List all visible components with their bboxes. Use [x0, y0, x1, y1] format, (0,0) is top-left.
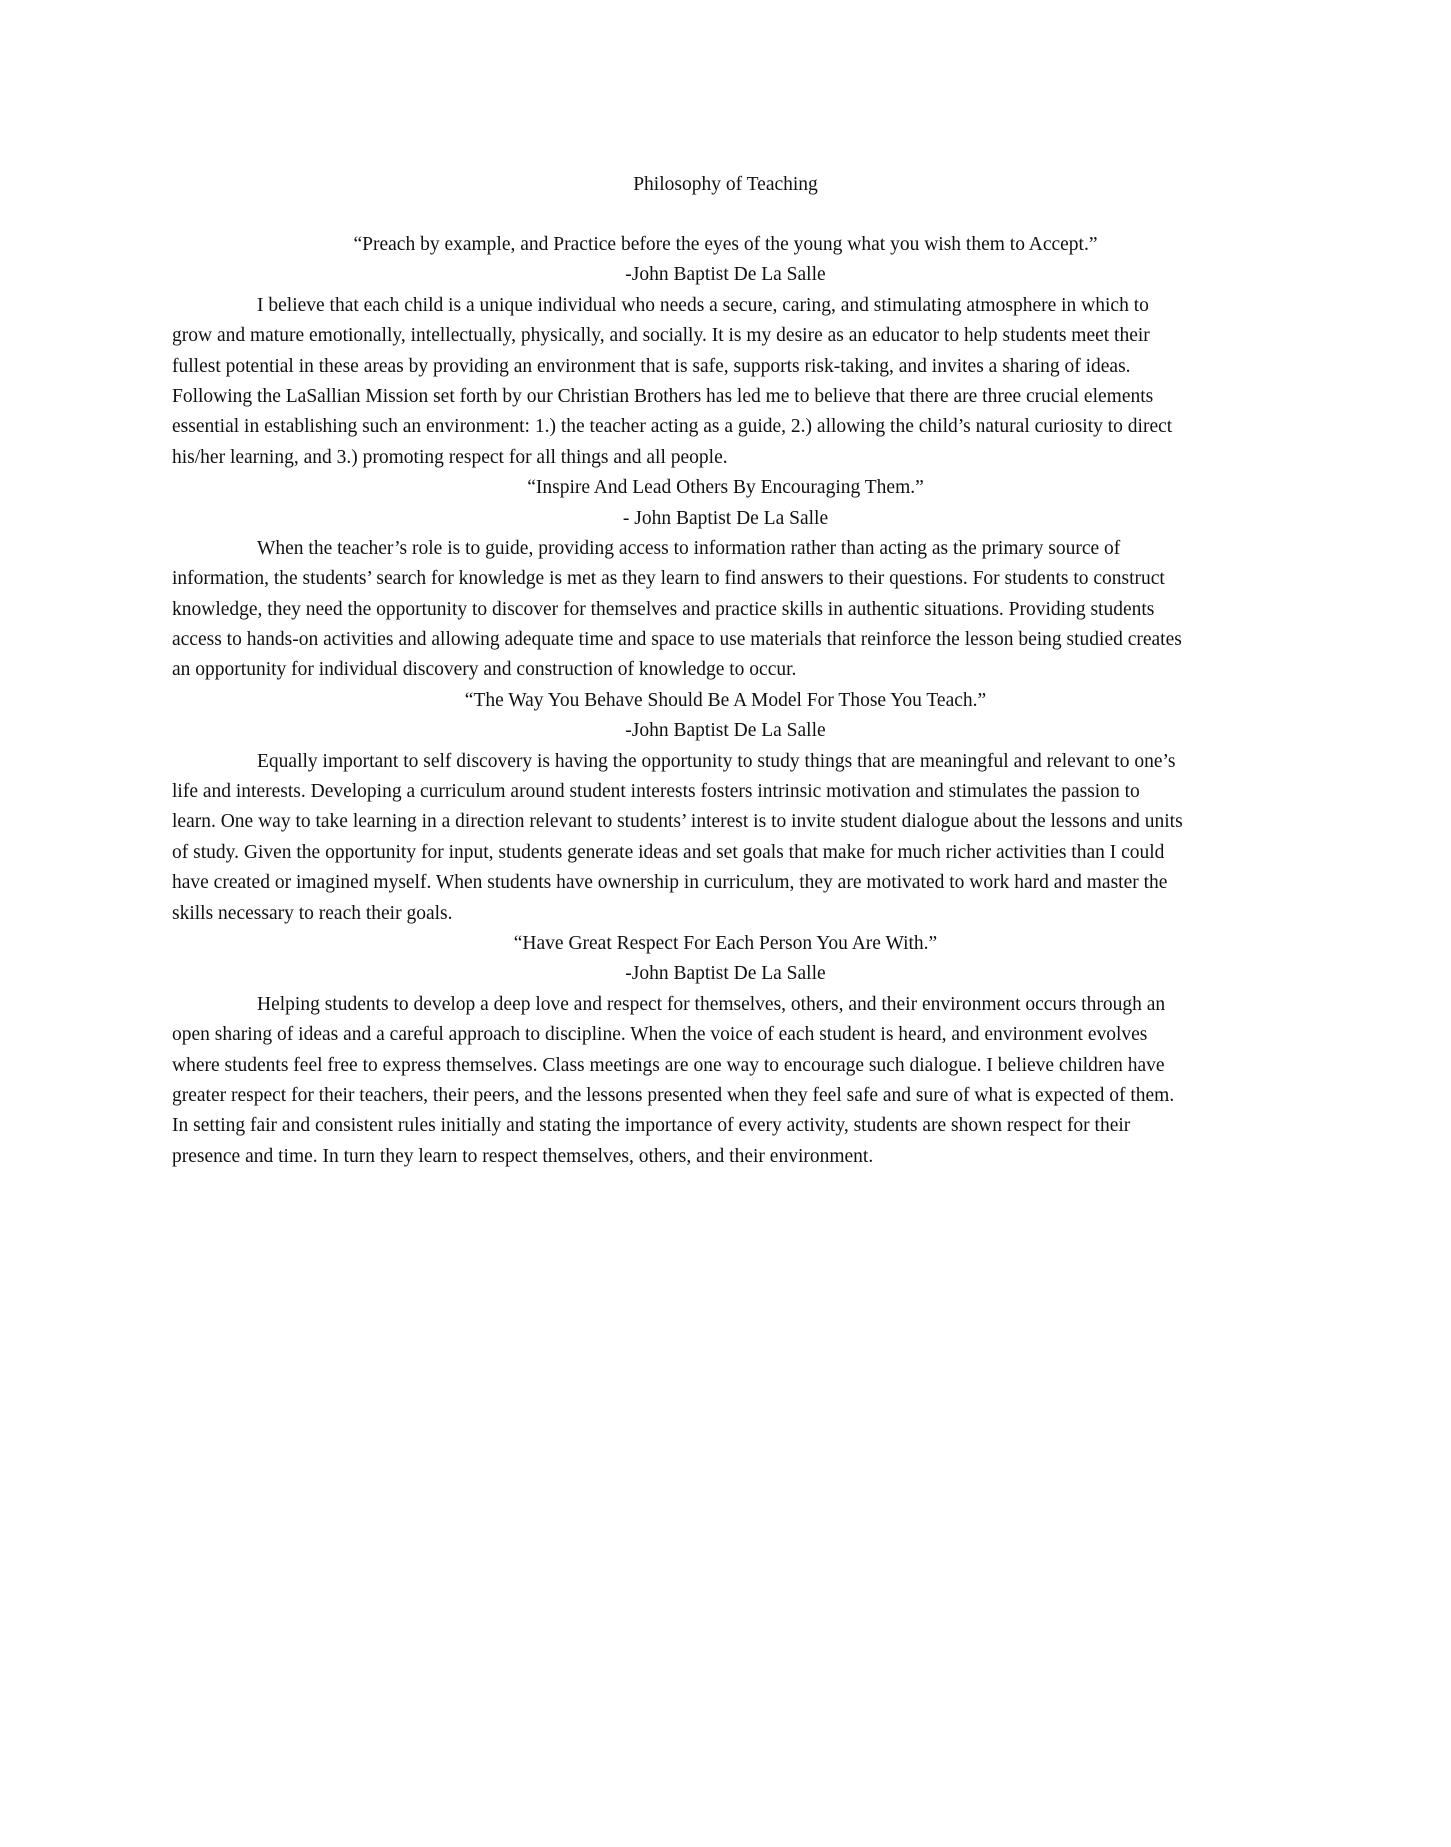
paragraph-line: Helping students to develop a deep love … [172, 990, 1292, 1020]
paragraph-line: Equally important to self discovery is h… [172, 747, 1292, 777]
section-3: “The Way You Behave Should Be A Model Fo… [172, 686, 1292, 929]
quote: “Inspire And Lead Others By Encouraging … [172, 473, 1279, 503]
section-1: “Preach by example, and Practice before … [172, 230, 1292, 473]
paragraph-line: his/her learning, and 3.) promoting resp… [172, 443, 1292, 473]
quote-attribution: - John Baptist De La Salle [172, 504, 1279, 534]
paragraph-line: access to hands-on activities and allowi… [172, 625, 1292, 655]
paragraph-line: fullest potential in these areas by prov… [172, 352, 1292, 382]
paragraph-line: of study. Given the opportunity for inpu… [172, 838, 1292, 868]
paragraph-line: information, the students’ search for kn… [172, 564, 1292, 594]
paragraph-line: learn. One way to take learning in a dir… [172, 807, 1292, 837]
quote: “The Way You Behave Should Be A Model Fo… [172, 686, 1279, 716]
paragraph-line: knowledge, they need the opportunity to … [172, 595, 1292, 625]
quote-attribution: -John Baptist De La Salle [172, 959, 1279, 989]
paragraph-line: I believe that each child is a unique in… [172, 291, 1292, 321]
paragraph-line: have created or imagined myself. When st… [172, 868, 1292, 898]
quote-attribution: -John Baptist De La Salle [172, 716, 1279, 746]
section-2: “Inspire And Lead Others By Encouraging … [172, 473, 1292, 686]
document-page: Philosophy of Teaching “Preach by exampl… [0, 0, 1451, 1847]
paragraph-line: presence and time. In turn they learn to… [172, 1142, 1292, 1172]
quote: “Have Great Respect For Each Person You … [172, 929, 1279, 959]
paragraph: I believe that each child is a unique in… [172, 291, 1292, 473]
paragraph-line: where students feel free to express them… [172, 1051, 1292, 1081]
paragraph: Equally important to self discovery is h… [172, 747, 1292, 929]
paragraph-line: greater respect for their teachers, thei… [172, 1081, 1292, 1111]
document-body: “Preach by example, and Practice before … [172, 230, 1292, 1172]
paragraph-line: life and interests. Developing a curricu… [172, 777, 1292, 807]
paragraph-line: essential in establishing such an enviro… [172, 412, 1292, 442]
paragraph-line: open sharing of ideas and a careful appr… [172, 1020, 1292, 1050]
paragraph-line: grow and mature emotionally, intellectua… [172, 321, 1292, 351]
paragraph: Helping students to develop a deep love … [172, 990, 1292, 1172]
paragraph-line: Following the LaSallian Mission set fort… [172, 382, 1292, 412]
paragraph-line: In setting fair and consistent rules ini… [172, 1111, 1292, 1141]
quote: “Preach by example, and Practice before … [172, 230, 1279, 260]
document-title: Philosophy of Teaching [0, 170, 1451, 200]
paragraph-line: an opportunity for individual discovery … [172, 655, 1292, 685]
quote-attribution: -John Baptist De La Salle [172, 260, 1279, 290]
paragraph-line: skills necessary to reach their goals. [172, 899, 1292, 929]
paragraph-line: When the teacher’s role is to guide, pro… [172, 534, 1292, 564]
paragraph: When the teacher’s role is to guide, pro… [172, 534, 1292, 686]
section-4: “Have Great Respect For Each Person You … [172, 929, 1292, 1172]
